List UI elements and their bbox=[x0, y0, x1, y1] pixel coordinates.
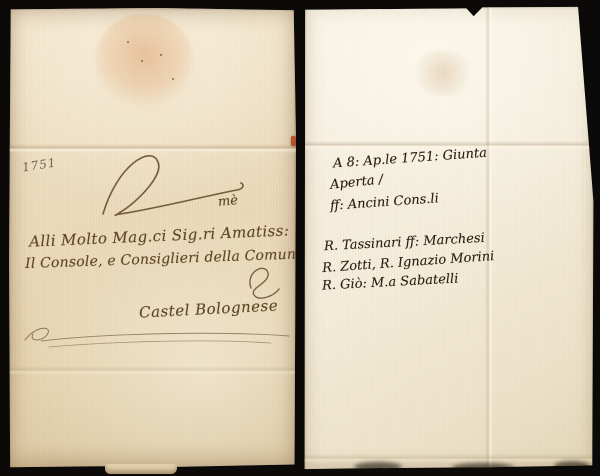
paper-flap bbox=[105, 464, 177, 474]
ink-speck bbox=[141, 60, 143, 62]
docket-line-5: R. Zotti, R. Ignazio Morini bbox=[322, 249, 495, 276]
edge-smudge bbox=[354, 462, 402, 472]
fold-crease-horizontal bbox=[304, 454, 594, 463]
wax-mark bbox=[291, 136, 296, 146]
year-annotation: 1751 bbox=[21, 155, 57, 174]
paper-stain bbox=[408, 50, 478, 96]
docket-line-2: Aperta / bbox=[329, 172, 383, 192]
docket-line-6: R. Giò: M.a Sabatelli bbox=[322, 271, 459, 293]
fold-crease-horizontal bbox=[9, 366, 296, 375]
postal-note: mè bbox=[217, 193, 238, 210]
docket-line-3: ff: Ancini Cons.li bbox=[330, 191, 440, 214]
edge-smudge bbox=[554, 461, 590, 471]
place-name: Castel Bolognese bbox=[139, 296, 279, 321]
fold-crease-vertical bbox=[485, 6, 493, 471]
underline-flourish bbox=[19, 320, 295, 358]
right-letter: A 8: Ap.le 1751: Giunta Aperta / ff: Anc… bbox=[304, 6, 594, 471]
photo-background: 1751 mè Alli Molto Mag.ci Sig.ri Amatiss… bbox=[0, 0, 600, 476]
paraph-flourish bbox=[87, 138, 251, 232]
left-letter: 1751 mè Alli Molto Mag.ci Sig.ri Amatiss… bbox=[9, 8, 296, 470]
seal-impression bbox=[95, 14, 193, 106]
ink-speck bbox=[127, 41, 129, 43]
docket-line-1: A 8: Ap.le 1751: Giunta bbox=[333, 146, 488, 172]
ink-speck bbox=[160, 54, 162, 56]
ink-speck bbox=[172, 78, 174, 80]
edge-smudge bbox=[452, 463, 514, 472]
